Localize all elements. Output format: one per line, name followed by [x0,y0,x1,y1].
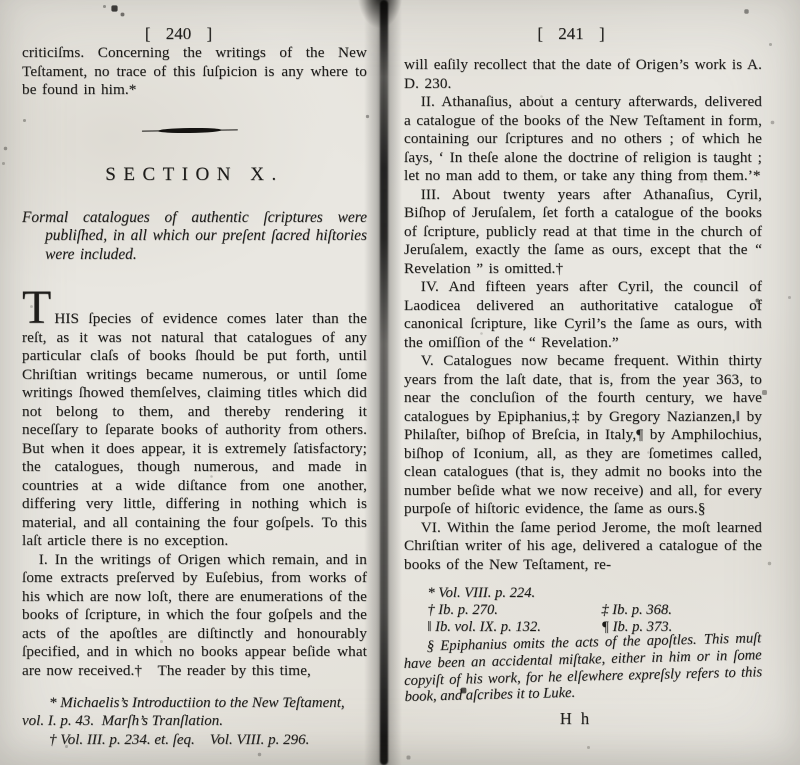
paragraph-iii-cyril: III. About twenty years after Athanaſius… [404,186,762,279]
scan-noise-speckles [0,0,1,1]
opening-paragraph: THIS ſpecies of evidence comes later tha… [22,299,367,551]
footnote-vol-iii: † Vol. III. p. 234. et. ſeq. Vol. VIII. … [22,731,367,749]
book-page-240: [ 240 ] criticiſms. Concerning the writi… [22,0,367,749]
footnote-row-2: † Ib. p. 270. ‡ Ib. p. 368. [404,602,762,619]
section-subtitle: Formal catalogues of authentic ſcripture… [22,209,367,265]
section-divider [22,127,367,133]
swelled-rule [157,127,221,133]
paragraph-origen: I. In the writings of Origen which remai… [22,551,367,681]
section-heading: SECTION X. [22,164,367,186]
right-page-footnotes: * Vol. VIII. p. 224. † Ib. p. 270. ‡ Ib.… [404,585,762,727]
right-page-main-text: will eaſily recollect that the date of O… [404,56,762,574]
footnote-ib-368: ‡ Ib. p. 368. [601,602,762,619]
left-page-main-text: THIS ſpecies of evidence comes later tha… [22,299,367,680]
left-page-footnotes: * Michaelis’s Introductiion to the New T… [22,694,367,749]
paragraph-ii-athanasius: II. Athanaſius, about a century afterwar… [404,93,762,186]
left-page-body: criticiſms. Concerning the writings of t… [22,44,367,100]
footnote-epiphanius: § Epiphanius omits the acts of the apoſt… [403,630,763,706]
binding-gutter-core-shadow [380,0,388,765]
book-page-241: [ 241 ] will eaſily recollect that the d… [404,0,762,727]
page-number-241: [ 241 ] [392,24,750,44]
paragraph-continuation: will eaſily recollect that the date of O… [404,56,762,93]
footnote-ib-ix-132: ‖ Ib. vol. IX. p. 132. [427,619,601,636]
footnote-row-1: * Vol. VIII. p. 224. [404,585,762,602]
page-number-240: [ 240 ] [6,24,351,44]
intro-paragraph: criticiſms. Concerning the writings of t… [22,44,367,100]
drop-cap-T: T [22,281,54,334]
footnote-ib-270: † Ib. p. 270. [427,602,601,619]
footnote-michaelis: * Michaelis’s Introductiion to the New T… [22,694,367,731]
signature-mark: H h [396,710,754,727]
footnote-vol-viii: * Vol. VIII. p. 224. [427,585,601,602]
paragraph-vi-jerome: VI. Within the ſame period Jerome, the m… [404,519,762,575]
paragraph-iv-laodicea: IV. And fifteen years after Cyril, the c… [404,278,762,352]
footnote-row-1-right [601,585,762,602]
paragraph-v-catalogues: V. Catalogues now became frequent. Withi… [404,352,762,519]
binding-gutter-top-shadow [358,0,402,28]
opening-paragraph-text: HIS ſpecies of evidence comes later than… [22,310,367,549]
